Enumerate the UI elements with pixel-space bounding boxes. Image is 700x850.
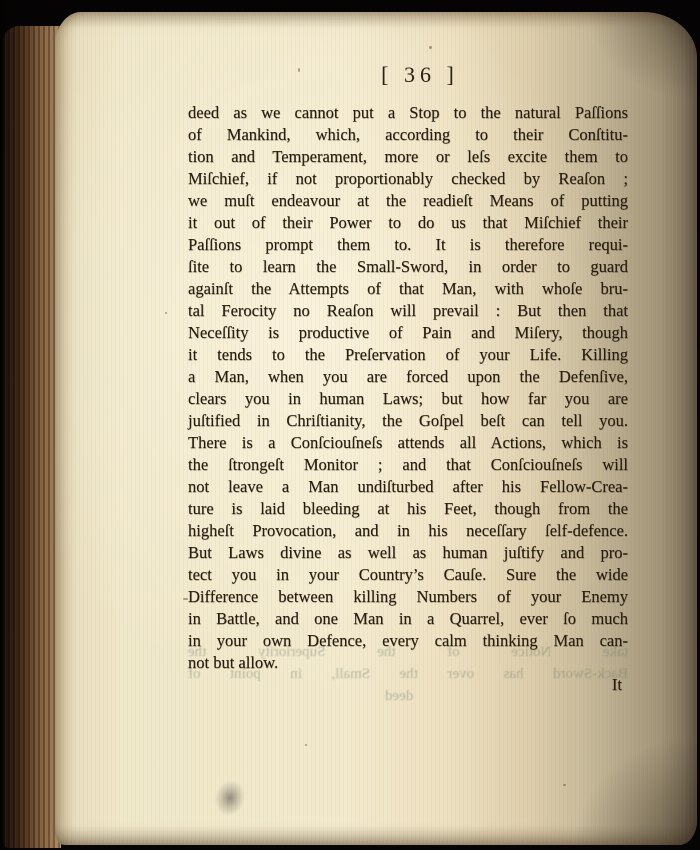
text-block: deed as we cannot put a Stop to the natu…	[188, 102, 628, 696]
text-line: Difference between killing Numbers of yo…	[188, 586, 628, 608]
text-line: we muſt endeavour at the readieſt Means …	[188, 190, 628, 212]
text-line: it out of their Power to do us that Miſc…	[188, 212, 628, 234]
text-line: Paſſions prompt them to. It is therefore…	[188, 234, 628, 256]
ink-smudge	[211, 777, 249, 819]
text-line: in Battle, and one Man in a Quarrel, eve…	[188, 608, 628, 630]
text-line: higheſt Provocation, and in his neceſſar…	[188, 520, 628, 542]
paper-speck	[305, 744, 307, 746]
text-line: clears you in human Laws; but how far yo…	[188, 388, 628, 410]
text-line: againſt the Attempts of that Man, with w…	[188, 278, 628, 300]
text-line: tect you in your Country’s Cauſe. Sure t…	[188, 564, 628, 586]
text-line: juſtified in Chriſtianity, the Goſpel be…	[188, 410, 628, 432]
text-line: tal Ferocity no Reaſon will prevail : Bu…	[188, 300, 628, 322]
paper-speck	[429, 46, 432, 49]
book-page: [ 36 ] take Notice of the Superiority th…	[55, 12, 697, 845]
text-line: There is a Conſciouſneſs attends all Act…	[188, 432, 628, 454]
text-line: But Laws divine as well as human juſtify…	[188, 542, 628, 564]
text-line: in your own Defence, every calm thinking…	[188, 630, 628, 652]
text-line: deed as we cannot put a Stop to the natu…	[188, 102, 628, 124]
text-line: tion and Temperament, more or leſs excit…	[188, 146, 628, 168]
paper-speck	[298, 68, 300, 72]
paper-speck	[563, 784, 566, 786]
text-line: Miſchief, if not proportionably checked …	[188, 168, 628, 190]
text-line: a Man, when you are forced upon the Defe…	[188, 366, 628, 388]
paper-speck	[183, 598, 188, 600]
paper-speck	[165, 312, 167, 314]
page-number: [ 36 ]	[188, 62, 640, 88]
catchword: It	[188, 674, 628, 696]
book-leaf-edges	[3, 26, 61, 848]
book-photo: [ 36 ] take Notice of the Superiority th…	[0, 0, 700, 850]
text-line: ſite to learn the Small-Sword, in order …	[188, 256, 628, 278]
text-line: of Mankind, which, according to their Co…	[188, 124, 628, 146]
text-line: the ſtrongeſt Monitor ; and that Conſcio…	[188, 454, 628, 476]
paper-speck	[589, 180, 591, 182]
text-line: not but allow.	[188, 652, 628, 674]
text-line: ture is laid bleeding at his Feet, thoug…	[188, 498, 628, 520]
paragraph: deed as we cannot put a Stop to the natu…	[188, 102, 628, 674]
text-line: Neceſſity is productive of Pain and Miſe…	[188, 322, 628, 344]
text-line: it tends to the Preſervation of your Lif…	[188, 344, 628, 366]
text-line: not leave a Man undiſturbed after his Fe…	[188, 476, 628, 498]
paper-speck	[525, 442, 527, 444]
